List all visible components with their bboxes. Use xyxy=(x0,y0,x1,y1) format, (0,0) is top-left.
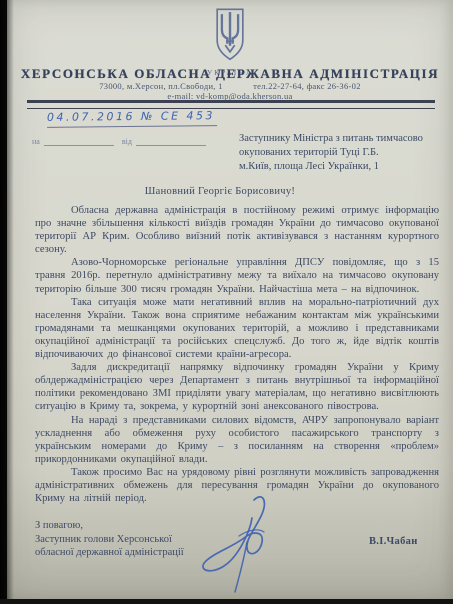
phone-fax: тел.22-27-64, факс 26-36-02 xyxy=(253,81,361,91)
na-blank-line xyxy=(44,136,114,146)
vid-label: від xyxy=(122,137,132,146)
recipient-block: Заступнику Міністра з питань тимчасово о… xyxy=(239,132,449,174)
vid-blank-line xyxy=(136,136,206,146)
closing-block: З повагою, Заступник голови Херсонської … xyxy=(35,519,184,560)
paragraph: Задля дискредитації напрямку відпочинку … xyxy=(35,361,439,413)
paragraph: Азово-Чорноморське регіональне управлінн… xyxy=(35,256,439,295)
postal-address: 73000, м.Херсон, пл.Свободи, 1 xyxy=(99,81,222,91)
closing-regards: З повагою, xyxy=(35,519,184,533)
paragraph: На нараді з представниками силових відом… xyxy=(35,414,439,466)
recipient-line: м.Київ, площа Лесі Українки, 1 xyxy=(239,160,449,174)
paragraph: Обласна державна адміністрація в постійн… xyxy=(35,204,439,256)
letter-paper: УКРАЇНА ХЕРСОНСЬКА ОБЛАСНА ДЕРЖАВНА АДМІ… xyxy=(7,0,453,600)
organization-name: ХЕРСОНСЬКА ОБЛАСНА ДЕРЖАВНА АДМІНІСТРАЦІ… xyxy=(7,66,453,82)
recipient-line: окупованих територій Туці Г.Б. xyxy=(239,146,449,160)
letter-body: Обласна державна адміністрація в постійн… xyxy=(35,204,439,505)
paragraph: Така ситуація може мати негативний вплив… xyxy=(35,296,439,361)
signer-position-line: обласної державної адміністрації xyxy=(35,546,184,560)
na-label: на xyxy=(32,137,40,146)
handwritten-signature xyxy=(192,490,302,603)
signature-icon xyxy=(192,490,302,598)
signer-position-line: Заступник голови Херсонської xyxy=(35,533,184,547)
address-line: 73000, м.Херсон, пл.Свободи, 1 тел.22-27… xyxy=(7,81,453,91)
recipient-line: Заступнику Міністра з питань тимчасово xyxy=(239,132,449,146)
reference-fields: на від xyxy=(32,136,232,146)
signer-name: В.І.Чабан xyxy=(369,536,418,547)
handwritten-date-number: 04.07.2016 № СЕ 453 xyxy=(47,109,217,128)
letter-photo: { "letterhead": { "emblem_label": "УКРАЇ… xyxy=(0,0,453,604)
photo-bottom-edge xyxy=(0,599,453,604)
ukraine-trident-icon xyxy=(204,8,256,62)
letterhead-divider xyxy=(27,100,435,109)
salutation: Шановний Георгіє Борисовичу! xyxy=(7,186,433,197)
